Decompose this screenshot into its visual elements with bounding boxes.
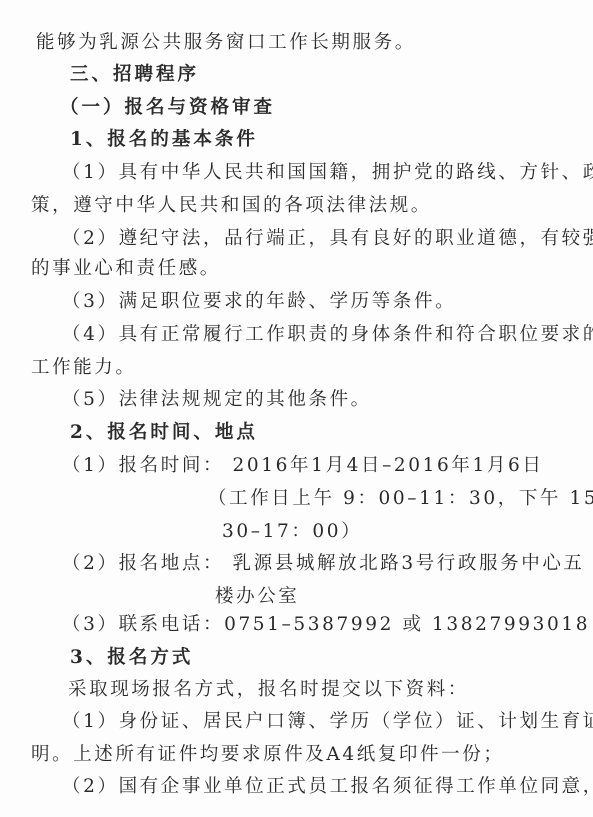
paragraph-line: （4）具有正常履行工作职责的身体条件和符合职位要求的 (62, 323, 593, 347)
item-heading: 3、报名方式 (70, 646, 193, 670)
subsection-heading: （一）报名与资格审查 (60, 96, 275, 120)
paragraph-line: 能够为乳源公共服务窗口工作长期服务。 (36, 31, 416, 55)
paragraph-line: （1）身份证、居民户口簿、学历（学位）证、计划生育证 (62, 710, 593, 734)
item-heading: 2、报名时间、地点 (70, 421, 258, 445)
paragraph-line: 工作能力。 (31, 356, 137, 380)
paragraph-line: 明。上述所有证件均要求原件及A4纸复印件一份； (31, 743, 504, 767)
document-page: 能够为乳源公共服务窗口工作长期服务。 三、招聘程序 （一）报名与资格审查 1、报… (0, 0, 593, 817)
contact-phone: （3）联系电话：0751–5387992 或 13827993018 朱志伟 (62, 613, 593, 637)
section-heading: 三、招聘程序 (70, 63, 199, 87)
paragraph-line: 的事业心和责任感。 (31, 257, 221, 281)
registration-time: （1）报名时间： 2016年1月4日–2016年1月6日 (62, 454, 543, 478)
paragraph-line: （5）法律法规规定的其他条件。 (62, 388, 372, 412)
paragraph-line: 策，遵守中华人民共和国的各项法律法规。 (31, 194, 432, 218)
paragraph-line: （1）具有中华人民共和国国籍，拥护党的路线、方针、政 (62, 161, 593, 185)
registration-location: （2）报名地点： 乳源县城解放北路3号行政服务中心五 (62, 552, 585, 576)
item-heading: 1、报名的基本条件 (70, 128, 258, 152)
registration-location-cont: 楼办公室 (215, 585, 299, 609)
registration-hours: （工作日上午 9：00–11：30，下午 15： (208, 487, 593, 511)
registration-hours-cont: 30–17：00） (222, 520, 362, 544)
paragraph-line: （2）遵纪守法，品行端正，具有良好的职业道德，有较强 (62, 227, 593, 251)
paragraph-line: （2）国有企事业单位正式员工报名须征得工作单位同意， (62, 775, 593, 799)
paragraph-line: 采取现场报名方式，报名时提交以下资料： (68, 678, 469, 702)
paragraph-line: （3）满足职位要求的年龄、学历等条件。 (62, 290, 456, 314)
